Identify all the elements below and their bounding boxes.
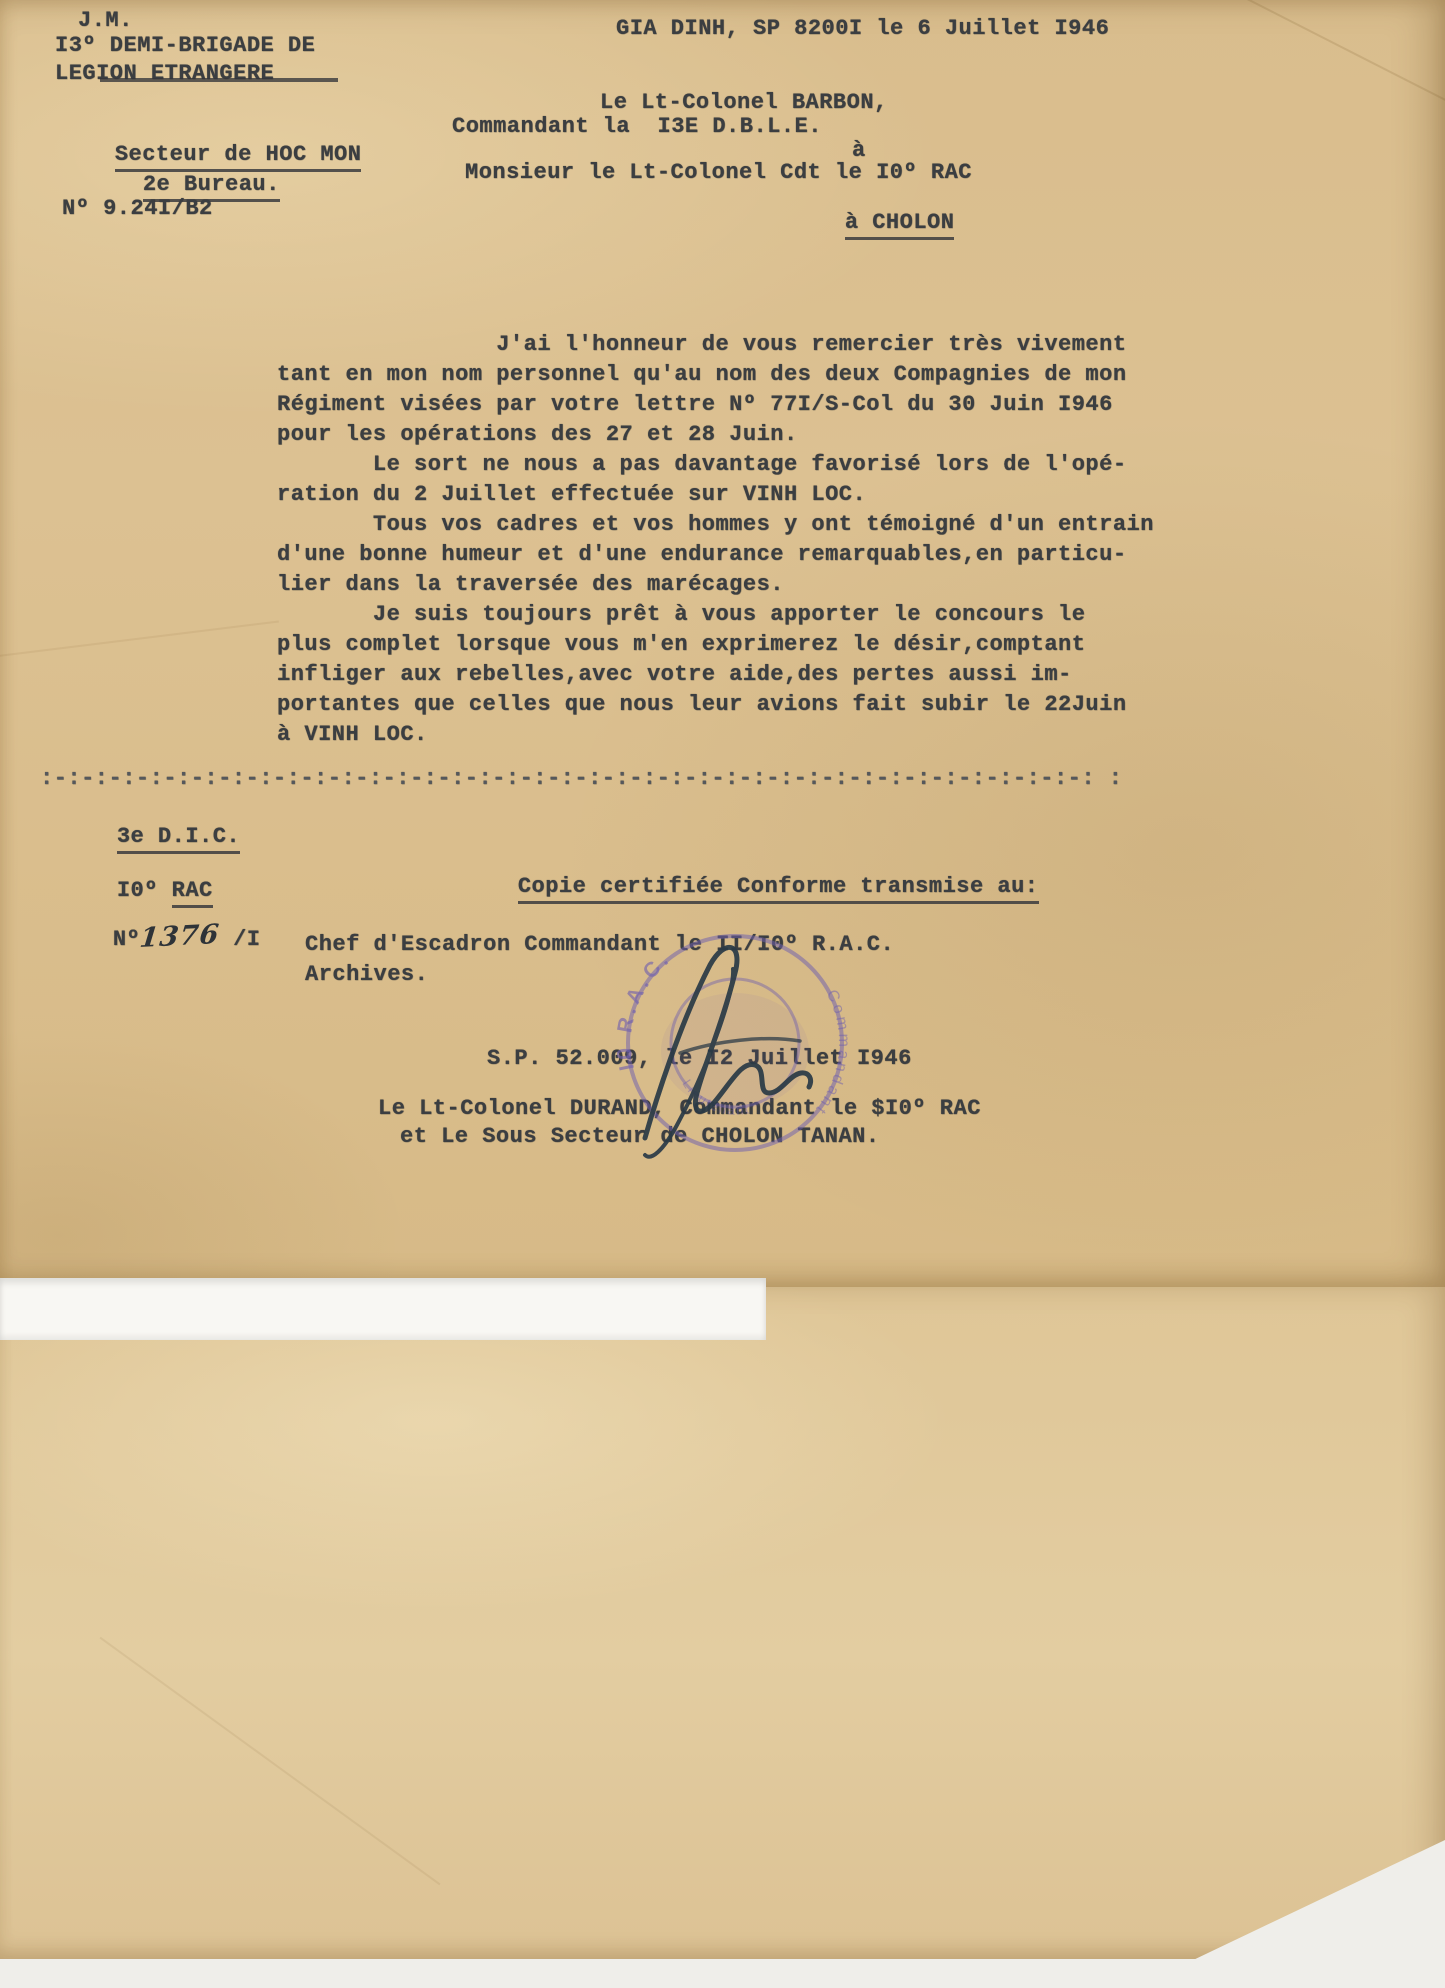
scanner-background-gap <box>0 1278 766 1340</box>
rubber-stamp: I0 R.A.C. Commandant Lieutenant <box>585 903 905 1223</box>
copy-title-text: Copie certifiée Conforme transmise au: <box>518 874 1039 904</box>
svg-text:Commandant: Commandant <box>811 987 852 1119</box>
copy-ref-suffix: /I <box>219 927 260 952</box>
copy-ref-handwritten: 1376 <box>139 922 221 952</box>
copy-ref-number: Nº1376 /I <box>58 898 260 979</box>
dateline: GIA DINH, SP 8200I le 6 Juillet I946 <box>616 16 1109 42</box>
reference-number: Nº 9.24I/B2 <box>62 196 213 222</box>
to-city-text: à CHOLON <box>845 210 955 240</box>
letter-body: J'ai l'honneur de vous remercier très vi… <box>277 330 1154 750</box>
division-text: 3e D.I.C. <box>117 824 240 854</box>
scanned-letter-page: J.M. I3º DEMI-BRIGADE DE LEGION ETRANGER… <box>0 0 1445 1988</box>
header-divider <box>100 78 338 82</box>
paper-sheet-bottom <box>0 1287 1445 1959</box>
stamp-text-commandant: Commandant <box>811 987 852 1119</box>
sender-initials: J.M. <box>78 8 133 34</box>
section-separator: :-:-:-:-:-:-:-:-:-:-:-:-:-:-:-:-:-:-:-:-… <box>40 766 1122 792</box>
to-city-line: à CHOLON <box>790 184 954 262</box>
copy-ref-prefix: Nº <box>113 927 140 952</box>
copy-line-2: Archives. <box>305 962 428 988</box>
from-line-1: Le Lt-Colonel BARBON, <box>600 90 888 116</box>
to-line: Monsieur le Lt-Colonel Cdt le I0º RAC <box>465 160 972 186</box>
unit-line-2: LEGION ETRANGERE <box>55 61 274 87</box>
from-line-2: Commandant la I3E D.B.L.E. <box>452 114 822 140</box>
unit-line-1: I3º DEMI-BRIGADE DE <box>55 33 315 59</box>
